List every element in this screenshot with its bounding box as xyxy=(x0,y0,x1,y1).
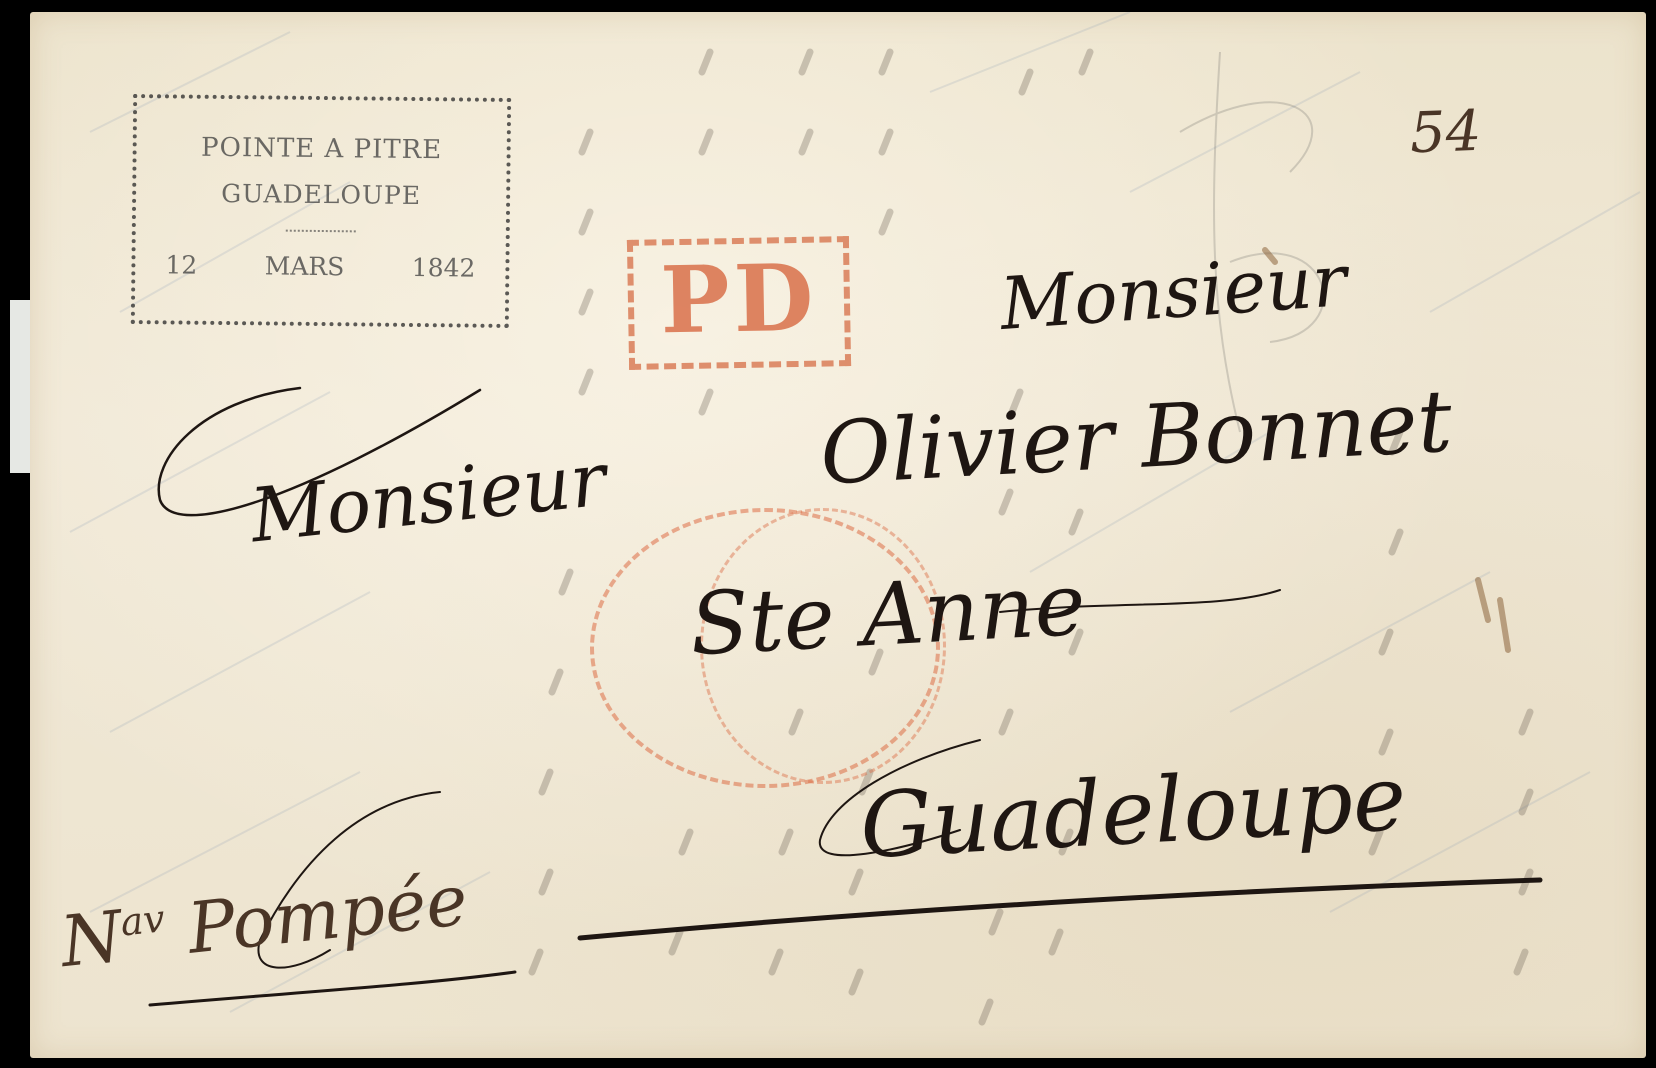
datestamp-town: POINTE A PITRE xyxy=(137,132,507,166)
origin-datestamp: POINTE A PITRE GUADELOUPE 12 MARS 1842 xyxy=(131,94,511,328)
datestamp-year: 1842 xyxy=(412,253,476,283)
datestamp-colony: GUADELOUPE xyxy=(136,178,506,211)
datestamp-date: 12 MARS 1842 xyxy=(165,250,475,282)
routing-prefix-superscript: av xyxy=(118,896,166,944)
address-town: Ste Anne xyxy=(688,555,1088,676)
datestamp-day: 12 xyxy=(165,250,197,279)
datestamp-divider xyxy=(286,230,356,233)
postage-rate-mark: 54 xyxy=(1409,99,1482,166)
datestamp-month: MARS xyxy=(265,251,345,281)
paid-to-destination-stamp: PD xyxy=(627,236,851,370)
routing-prefix: N xyxy=(57,895,126,983)
